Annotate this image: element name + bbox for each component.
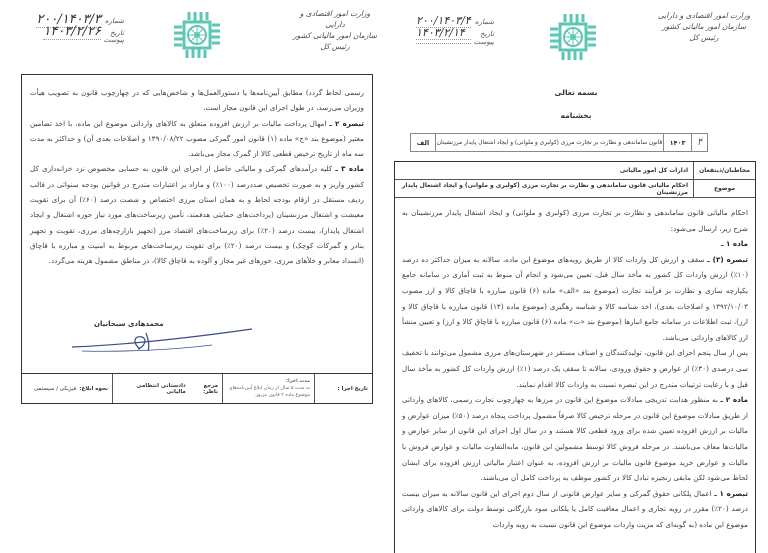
duration-cell: مدت اجرا: به مدت ۵ سال از زمان ابلاغ آیی… — [222, 374, 314, 403]
attachment-label: پیوست — [474, 38, 494, 46]
paragraph-text: امهال پرداخت مالیات بر ارزش افزوده متعلق… — [30, 119, 364, 159]
clause-heading: تبصره ۲ ـ — [329, 119, 364, 128]
reference-label: مرجع ناظر: — [189, 383, 218, 395]
number-label: شماره — [474, 18, 494, 26]
paragraph-text: پس از سال پنجم اجرای این قانون، تولیدکنن… — [402, 348, 748, 388]
organization-name: سازمان امور مالیاتی کشور — [656, 21, 752, 32]
clause-heading: تبصره ۱ ـ — [714, 489, 748, 498]
paragraph: ماده ۳ ـ کلیه درآمدهای گمرکی و مالیاتی ح… — [30, 161, 364, 268]
paragraph: تبصره ۲ ـ امهال پرداخت مالیات بر ارزش اف… — [30, 116, 364, 162]
date-label: تاریخ — [474, 30, 494, 38]
circular-year: ۱۴۰۳ — [663, 134, 691, 151]
ministry-name: وزارت امور اقتصادی و دارایی — [290, 8, 380, 30]
ministry-letterhead: وزارت امور اقتصادی و دارایی سازمان امور … — [290, 8, 380, 52]
paragraph-text: سقف و ارزش کل واردات کالا از طریق رویه‌ه… — [402, 255, 748, 342]
letter-date: ۱۴۰۳/۲/۲۶ — [43, 24, 101, 40]
issue-date-label: تاریخ اجرا : — [337, 386, 368, 392]
paragraph: رسمی لحاظ گردد) مطابق آیین‌نامه‌ها یا دس… — [30, 85, 364, 116]
notification-value: فیزیکی / سیستمی — [34, 386, 76, 392]
organization-name: سازمان امور مالیاتی کشور — [290, 30, 380, 41]
attachment-label: پیوست — [104, 36, 124, 44]
recipients-row: مخاطبان/ذینفعان ادارات کل امور مالیاتی — [395, 162, 755, 180]
paragraph-text: کلیه درآمدهای گمرکی و مالیاتی حاصل از اج… — [30, 164, 364, 265]
head-title: رئیس کل — [656, 32, 752, 43]
paragraph: پس از سال پنجم اجرای این قانون، تولیدکنن… — [402, 345, 748, 392]
paragraph: احکام مالیاتی قانون ساماندهی و نظارت بر … — [402, 205, 748, 236]
reference-cell: مرجع ناظر: دادستانی انتظامی مالیاتی — [112, 374, 222, 403]
tax-organization-logo-icon — [170, 8, 224, 62]
letter-date-row: تاریخ ۱۴۰۳/۲/۱۴ — [384, 26, 494, 38]
paragraph-text: به منظور هدایت تدریجی مبادلات موضوع این … — [402, 395, 748, 482]
paragraph-text: اعمال پلکانی حقوق گمرکی و سایر عوارض قان… — [402, 489, 748, 529]
subject-row: موضوع احکام مالیاتی قانون ساماندهی و نظا… — [395, 180, 755, 198]
circular-series: الف — [411, 134, 435, 151]
signature-icon — [62, 315, 262, 355]
letter-date-row: تاریخ ۱۴۰۳/۲/۲۶ — [14, 24, 124, 36]
paragraph-text: احکام مالیاتی قانون ساماندهی و نظارت بر … — [402, 208, 748, 233]
letter-attachment — [416, 43, 471, 44]
tax-organization-logo-icon — [546, 10, 600, 64]
number-label: شماره — [104, 17, 124, 25]
letter-number-row: شماره ۲۰۰/۱۴۰۳/۴ — [384, 14, 494, 26]
recipients-label: مخاطبان/ذینفعان — [693, 162, 755, 179]
paragraph: تبصره ۱ ـ اعمال پلکانی حقوق گمرکی و سایر… — [402, 486, 748, 533]
subject-value: احکام مالیاتی قانون ساماندهی و نظارت بر … — [395, 180, 693, 197]
ministry-name: وزارت امور اقتصادی و دارایی — [656, 10, 752, 21]
letter-meta: شماره ۲۰۰/۱۴۰۳/۳ تاریخ ۱۴۰۳/۲/۲۶ پیوست — [14, 12, 124, 48]
clause-heading: ماده ۱ ـ — [721, 239, 748, 248]
notification-label: نحوه ابلاغ: — [79, 386, 108, 392]
circular-number-table: ۴ ۱۴۰۳ قانون ساماندهی و نظارت بر تجارت م… — [410, 133, 708, 152]
invocation-heading: بسمه تعالی — [384, 88, 768, 97]
letter-body-box: رسمی لحاظ گردد) مطابق آیین‌نامه‌ها یا دس… — [21, 74, 373, 404]
subject-label: موضوع — [693, 180, 755, 197]
circular-body-box: مخاطبان/ذینفعان ادارات کل امور مالیاتی م… — [394, 161, 756, 553]
letter-page-1: وزارت امور اقتصادی و دارایی سازمان امور … — [384, 0, 768, 553]
duration-label: مدت اجرا: — [286, 378, 310, 385]
letter-footer-table: تاریخ اجرا : مدت اجرا: به مدت ۵ سال از ز… — [22, 373, 372, 403]
issue-date-cell: تاریخ اجرا : — [314, 374, 372, 403]
clause-heading: تبصره (۳) ـ — [707, 255, 748, 264]
letter-page-2: وزارت امور اقتصادی و دارایی سازمان امور … — [0, 0, 384, 553]
paragraph: ماده ۲ ـ به منظور هدایت تدریجی مبادلات م… — [402, 392, 748, 486]
reference-value: دادستانی انتظامی مالیاتی — [120, 383, 186, 395]
letter-body-text: رسمی لحاظ گردد) مطابق آیین‌نامه‌ها یا دس… — [30, 85, 364, 269]
circular-title: قانون ساماندهی و نظارت بر تجارت مرزی (کو… — [435, 134, 663, 151]
clause-heading: ماده ۲ ـ — [721, 395, 748, 404]
paragraph-text: رسمی لحاظ گردد) مطابق آیین‌نامه‌ها یا دس… — [30, 88, 364, 112]
letter-number-row: شماره ۲۰۰/۱۴۰۳/۳ — [14, 12, 124, 24]
handwritten-number: ۴ — [691, 134, 707, 151]
letter-meta: شماره ۲۰۰/۱۴۰۳/۴ تاریخ ۱۴۰۳/۲/۱۴ پیوست — [384, 14, 494, 50]
paragraph: ماده ۱ ـ — [402, 236, 748, 252]
duration-value: به مدت ۵ سال از زمان ابلاغ آیین‌نامه‌های… — [227, 385, 310, 399]
paragraph: تبصره (۳) ـ سقف و ارزش کل واردات کالا از… — [402, 252, 748, 346]
letter-date: ۱۴۰۳/۲/۱۴ — [416, 26, 471, 40]
clause-heading: ماده ۳ ـ — [335, 164, 364, 173]
circular-body-text: احکام مالیاتی قانون ساماندهی و نظارت بر … — [402, 205, 748, 532]
notification-cell: نحوه ابلاغ: فیزیکی / سیستمی — [22, 374, 112, 403]
document-type-title: بخشنامه — [384, 111, 768, 120]
recipients-value: ادارات کل امور مالیاتی — [395, 162, 693, 179]
ministry-letterhead: وزارت امور اقتصادی و دارایی سازمان امور … — [656, 10, 752, 43]
head-title: رئیس کل — [290, 41, 380, 52]
